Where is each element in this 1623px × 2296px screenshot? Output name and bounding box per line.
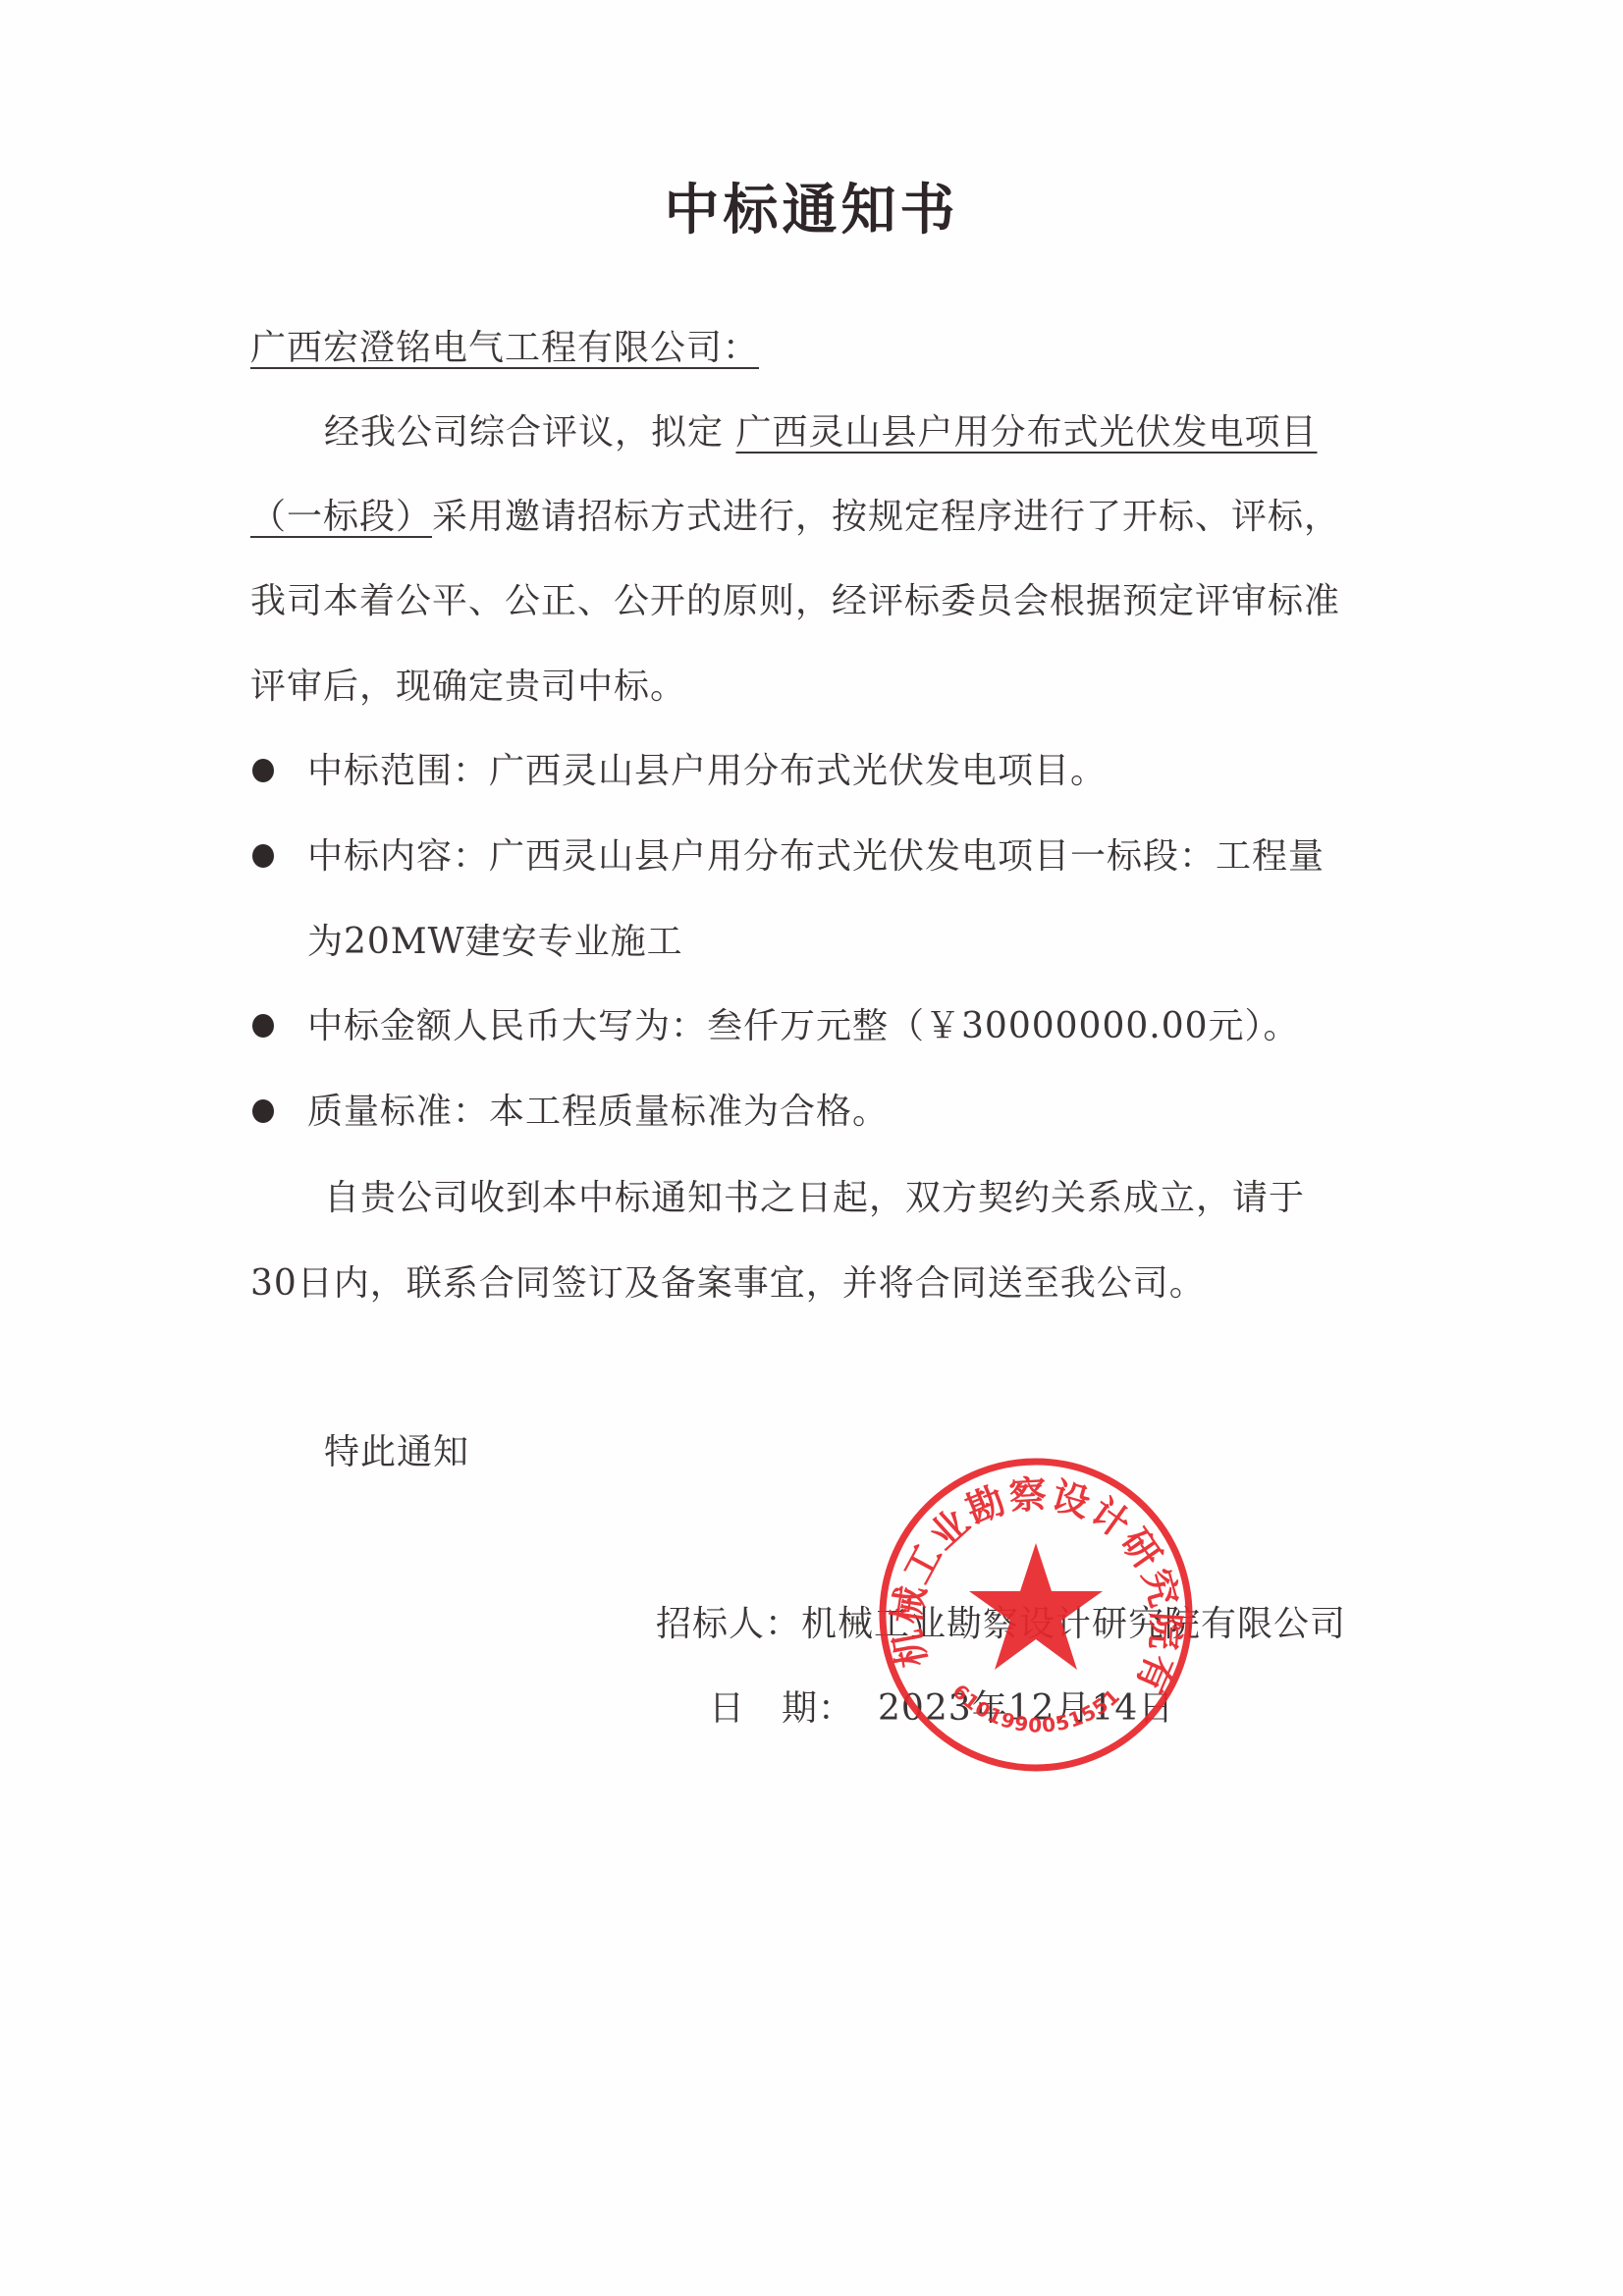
bullet-icon — [252, 1014, 274, 1038]
bullet-text: 广西灵山县户用分布式光伏发电项目。 — [489, 751, 1107, 791]
page-title: 中标通知书 — [0, 177, 1623, 245]
bullet-text: 本工程质量标准为合格。 — [489, 1092, 889, 1132]
bullet-label: 质量标准： — [307, 1092, 489, 1132]
bullet-text: 叁仟万元整（￥30000000.00元）。 — [707, 1006, 1300, 1046]
bullet-scope: 中标范围：广西灵山县户用分布式光伏发电项目。 — [250, 749, 1389, 794]
notice-text: 特此通知 — [324, 1430, 1463, 1475]
addressee: 广西宏澄铭电气工程有限公司： — [250, 326, 1389, 371]
bullet-icon — [252, 759, 274, 782]
closing-line-2: 30日内，联系合同签订及备案事宜，并将合同送至我公司。 — [250, 1261, 1389, 1307]
bullet-icon — [252, 1099, 274, 1123]
intro-line-2-text: 采用邀请招标方式进行，按规定程序进行了开标、评标， — [432, 497, 1340, 537]
svg-text:机械工业勘察设计研究院有限公司: 机械工业勘察设计研究院有限公司 — [874, 1453, 1188, 1701]
issuer-name: 机械工业勘察设计研究院有限公司 — [801, 1604, 1346, 1644]
date-value: 2023年12月14日 — [878, 1688, 1174, 1729]
project-name: 广西灵山县户用分布式光伏发电项目 — [735, 412, 1317, 453]
bullet-amount: 中标金额人民币大写为：叁仟万元整（￥30000000.00元）。 — [250, 1004, 1389, 1049]
bullet-text: 广西灵山县户用分布式光伏发电项目一标段：工程量 — [489, 836, 1325, 877]
project-section: （一标段） — [250, 497, 432, 537]
intro-prefix: 经我公司综合评议，拟定 — [324, 412, 735, 453]
bullet-content: 中标内容：广西灵山县户用分布式光伏发电项目一标段：工程量 — [250, 834, 1389, 880]
issuer-label: 招标人： — [656, 1604, 801, 1644]
bullet-icon — [252, 844, 274, 868]
closing-line-1: 自贵公司收到本中标通知书之日起，双方契约关系成立，请于 — [324, 1176, 1463, 1221]
intro-line-2: （一标段）采用邀请招标方式进行，按规定程序进行了开标、评标， — [250, 495, 1389, 540]
bullet-label: 中标金额人民币大写为： — [307, 1006, 707, 1046]
bullet-content-continuation: 为20MW建安专业施工 — [307, 920, 1446, 965]
seal-outer-text: 机械工业勘察设计研究院有限公司 — [874, 1453, 1188, 1701]
bullet-quality: 质量标准：本工程质量标准为合格。 — [250, 1090, 1389, 1135]
issuer-line: 招标人：机械工业勘察设计研究院有限公司 — [656, 1602, 1346, 1647]
document-page: 中标通知书 广西宏澄铭电气工程有限公司： 经我公司综合评议，拟定 广西灵山县户用… — [0, 0, 1623, 2296]
bullet-label: 中标内容： — [307, 836, 489, 877]
date-line: 日 期：2023年12月14日 — [709, 1686, 1174, 1732]
date-label: 日 期： — [709, 1688, 854, 1729]
intro-line-1: 经我公司综合评议，拟定 广西灵山县户用分布式光伏发电项目 — [324, 410, 1463, 455]
bullet-label: 中标范围： — [307, 751, 489, 791]
intro-line-4: 评审后，现确定贵司中标。 — [250, 665, 1389, 710]
intro-line-3: 我司本着公平、公正、公开的原则，经评标委员会根据预定评审标准 — [250, 579, 1389, 624]
